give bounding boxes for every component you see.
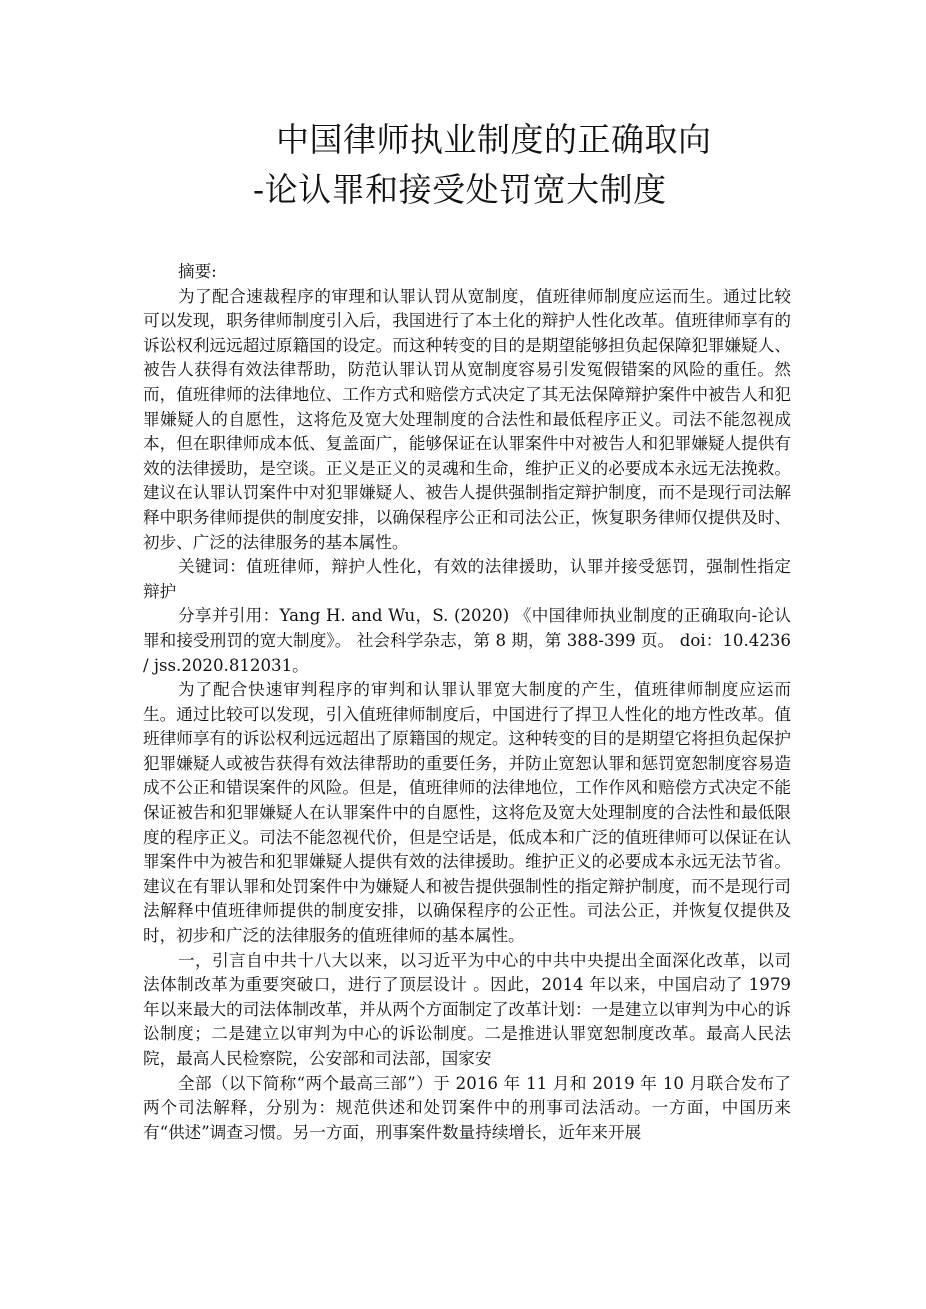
citation-paragraph: 分享并引用：Yang H. and Wu，S. (2020) 《中国律师执业制度… xyxy=(143,604,791,678)
body-paragraph: 全部（以下简称“两个最高三部”）于 2016 年 11 月和 2019 年 10… xyxy=(143,1072,791,1146)
introduction-paragraph: 一，引言自中共十八大以来，以习近平为中心的中共中央提出全面深化改革，以司法体制改… xyxy=(143,949,791,1072)
abstract-paragraph: 为了配合速裁程序的审理和认罪认罚从宽制度，值班律师制度应运而生。通过比较可以发现… xyxy=(143,285,791,556)
document-body: 摘要: 为了配合速裁程序的审理和认罪认罚从宽制度，值班律师制度应运而生。通过比较… xyxy=(143,260,791,1145)
document-title-line-1: 中国律师执业制度的正确取向 xyxy=(276,114,712,161)
body-paragraph: 为了配合快速审判程序的审判和认罪认罪宽大制度的产生，值班律师制度应运而生。通过比… xyxy=(143,678,791,949)
abstract-label: 摘要: xyxy=(143,260,791,285)
keywords-paragraph: 关键词：值班律师，辩护人性化，有效的法律援助，认罪并接受惩罚，强制性指定辩护 xyxy=(143,555,791,604)
document-title-line-2: -论认罪和接受处罚宽大制度 xyxy=(253,164,667,211)
